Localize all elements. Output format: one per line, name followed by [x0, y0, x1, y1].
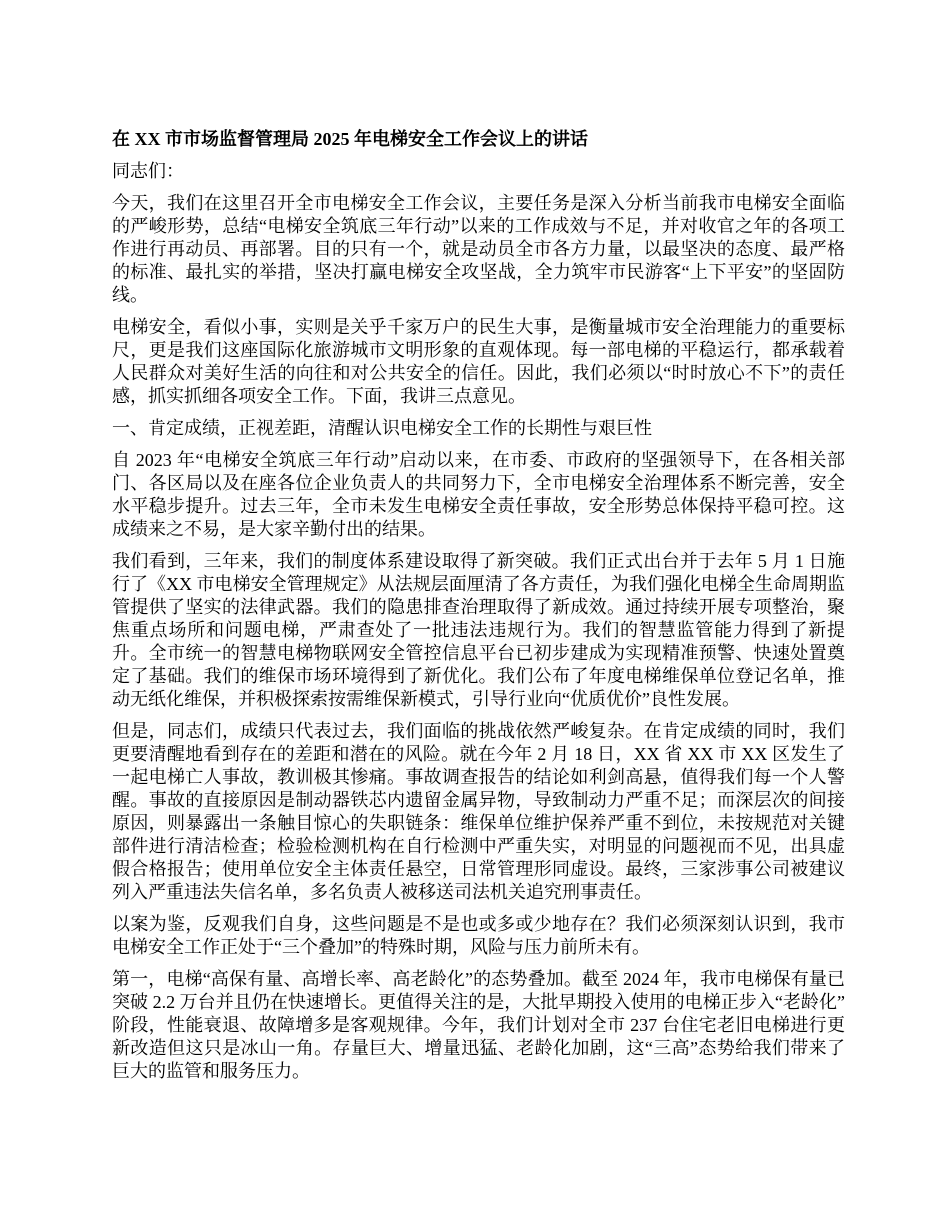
salutation: 同志们： — [112, 160, 845, 183]
document-title: 在 XX 市市场监督管理局 2025 年电梯安全工作会议上的讲话 — [112, 128, 845, 151]
document-body: 今天，我们在这里召开全市电梯安全工作会议，主要任务是深入分析当前我市电梯安全面临… — [112, 192, 845, 1083]
body-paragraph: 今天，我们在这里召开全市电梯安全工作会议，主要任务是深入分析当前我市电梯安全面临… — [112, 192, 845, 307]
document-page: 在 XX 市市场监督管理局 2025 年电梯安全工作会议上的讲话 同志们： 今天… — [0, 0, 950, 1230]
body-paragraph: 但是，同志们，成绩只代表过去，我们面临的挑战依然严峻复杂。在肯定成绩的同时，我们… — [112, 720, 845, 904]
body-paragraph: 以案为鉴，反观我们自身，这些问题是不是也或多或少地存在？我们必须深刻认识到，我市… — [112, 913, 845, 959]
body-paragraph: 我们看到，三年来，我们的制度体系建设取得了新突破。我们正式出台并于去年 5 月 … — [112, 550, 845, 711]
section-heading: 一、肯定成绩，正视差距，清醒认识电梯安全工作的长期性与艰巨性 — [112, 417, 845, 440]
body-paragraph: 电梯安全，看似小事，实则是关乎千家万户的民生大事，是衡量城市安全治理能力的重要标… — [112, 316, 845, 408]
body-paragraph: 第一，电梯“高保有量、高增长率、高老龄化”的态势叠加。截至 2024 年，我市电… — [112, 968, 845, 1083]
body-paragraph: 自 2023 年“电梯安全筑底三年行动”启动以来，在市委、市政府的坚强领导下，在… — [112, 449, 845, 541]
